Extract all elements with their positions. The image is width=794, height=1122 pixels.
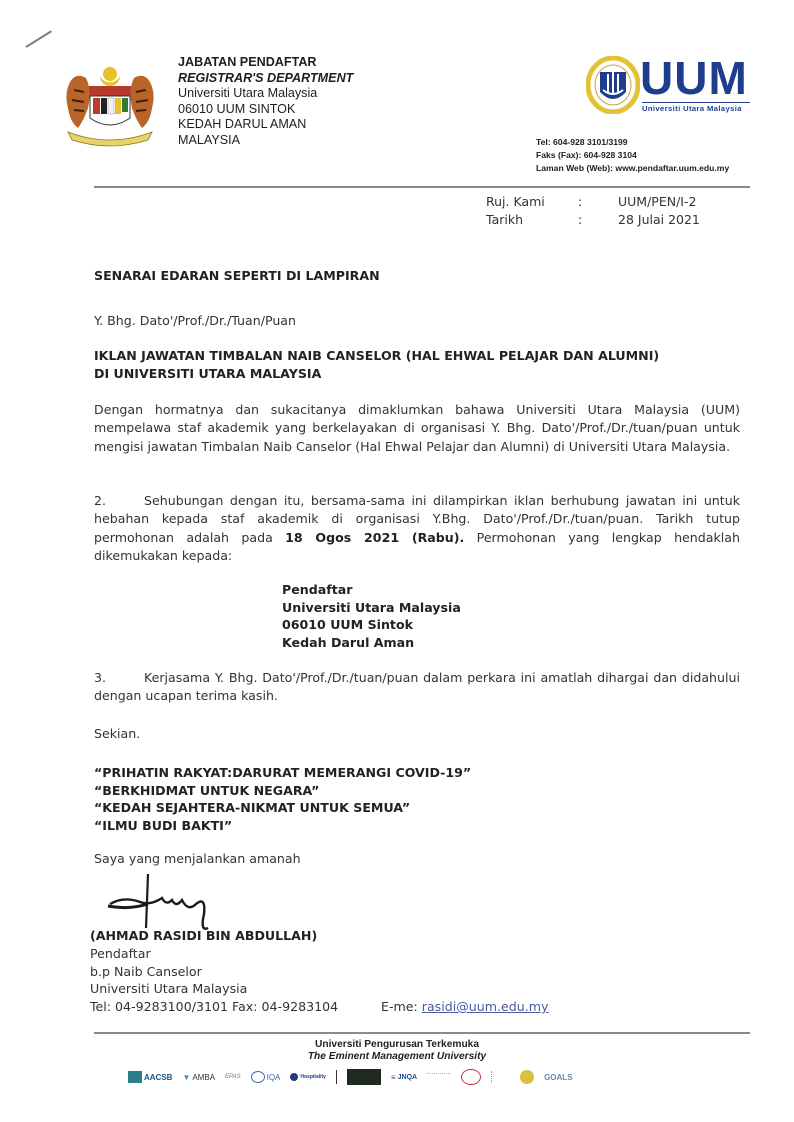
slogan: “ILMU BUDI BAKTI” <box>94 817 471 835</box>
award-logo-icon <box>520 1070 534 1084</box>
reference-row: Ruj. Kami : UUM/PEN/I-2 <box>486 193 700 211</box>
signature-icon <box>104 870 244 930</box>
paragraph-2: 2.Sehubungan dengan itu, bersama-sama in… <box>94 492 740 565</box>
department-letterhead: JABATAN PENDAFTAR REGISTRAR'S DEPARTMENT… <box>178 55 353 149</box>
signer-block: (AHMAD RASIDI BIN ABDULLAH) Pendaftar b.… <box>90 927 338 1016</box>
iqa-logo-icon: IQA <box>251 1071 281 1083</box>
application-deadline: 18 Ogos 2021 (Rabu). <box>285 530 464 545</box>
footer-divider <box>94 1032 750 1034</box>
accreditation-logo-icon <box>427 1073 451 1082</box>
uum-logo-subtext: Universiti Utara Malaysia <box>642 104 742 113</box>
signer-email: E-me: rasidi@uum.edu.my <box>381 999 549 1014</box>
address-line: Kedah Darul Aman <box>282 634 461 652</box>
paragraph-3: 3.Kerjasama Y. Bhg. Dato'/Prof./Dr./tuan… <box>94 669 740 706</box>
five-star-rating-logo-icon <box>347 1069 381 1085</box>
tagline-malay: Universiti Pengurusan Terkemuka <box>0 1039 794 1051</box>
amba-logo-icon: ▼AMBA <box>182 1073 215 1082</box>
paragraph-1: Dengan hormatnya dan sukacitanya dimaklu… <box>94 401 740 456</box>
address-line: Pendaftar <box>282 581 461 599</box>
address-line: KEDAH DARUL AMAN <box>178 117 353 133</box>
contact-web: Laman Web (Web): www.pendaftar.uum.edu.m… <box>536 162 729 175</box>
accreditation-logos: AACSB ▼AMBA EPAS IQA Hospitality ≡JNQA G… <box>128 1064 668 1090</box>
subject-line: DI UNIVERSITI UTARA MALAYSIA <box>94 365 734 383</box>
slogans: “PRIHATIN RAKYAT:DARURAT MEMERANGI COVID… <box>94 764 471 834</box>
closing: Sekian. <box>94 726 140 741</box>
email-label: E-me: <box>381 999 422 1014</box>
paragraph-number: 2. <box>94 492 144 510</box>
scan-mark <box>25 30 52 48</box>
department-name-malay: JABATAN PENDAFTAR <box>178 55 353 71</box>
footer-tagline: Universiti Pengurusan Terkemuka The Emin… <box>0 1039 794 1062</box>
institute-of-hospitality-logo-icon: Hospitality <box>290 1073 326 1081</box>
salutation: Y. Bhg. Dato'/Prof./Dr./Tuan/Puan <box>94 313 296 328</box>
signer-institution: Universiti Utara Malaysia <box>90 980 338 998</box>
email-link[interactable]: rasidi@uum.edu.my <box>422 999 549 1014</box>
distribution-line: SENARAI EDARAN SEPERTI DI LAMPIRAN <box>94 268 380 283</box>
signer-title: Pendaftar <box>90 945 338 963</box>
subject-line: IKLAN JAWATAN TIMBALAN NAIB CANSELOR (HA… <box>94 347 734 365</box>
contact-block: Tel: 604-928 3101/3199 Faks (Fax): 604-9… <box>536 136 729 175</box>
uum-logo-text: UUM <box>640 52 748 104</box>
slogan: “PRIHATIN RAKYAT:DARURAT MEMERANGI COVID… <box>94 764 471 782</box>
separator <box>336 1070 337 1084</box>
reference-block: Ruj. Kami : UUM/PEN/I-2 Tarikh : 28 Jula… <box>486 193 700 229</box>
aacsb-logo-icon: AACSB <box>128 1071 172 1083</box>
jnqa-logo-icon: ≡JNQA <box>391 1073 417 1082</box>
address-line: 06010 UUM SINTOK <box>178 102 353 118</box>
signer-name: (AHMAD RASIDI BIN ABDULLAH) <box>90 927 338 945</box>
paragraph-number: 3. <box>94 669 144 687</box>
date-separator: : <box>578 211 618 229</box>
address-line: 06010 UUM Sintok <box>282 616 461 634</box>
address-line: MALAYSIA <box>178 133 353 149</box>
tagline-english: The Eminent Management University <box>0 1051 794 1063</box>
reference-label: Ruj. Kami <box>486 193 578 211</box>
contact-tel: Tel: 604-928 3101/3199 <box>536 136 729 149</box>
sdg-goals-logo-icon: GOALS <box>544 1073 572 1082</box>
header-divider <box>94 186 750 188</box>
letter-subject: IKLAN JAWATAN TIMBALAN NAIB CANSELOR (HA… <box>94 347 734 383</box>
date-value: 28 Julai 2021 <box>618 211 700 229</box>
submission-address: Pendaftar Universiti Utara Malaysia 0601… <box>282 581 461 651</box>
accreditation-logo-icon <box>491 1071 510 1083</box>
address-line: Universiti Utara Malaysia <box>178 86 353 102</box>
myra-logo-icon <box>461 1069 481 1085</box>
address-line: Universiti Utara Malaysia <box>282 599 461 617</box>
reference-separator: : <box>578 193 618 211</box>
logo-underline <box>642 102 750 103</box>
slogan: “KEDAH SEJAHTERA-NIKMAT UNTUK SEMUA” <box>94 799 471 817</box>
date-row: Tarikh : 28 Julai 2021 <box>486 211 700 229</box>
slogan: “BERKHIDMAT UNTUK NEGARA” <box>94 782 471 800</box>
date-label: Tarikh <box>486 211 578 229</box>
department-name-english: REGISTRAR'S DEPARTMENT <box>178 71 353 87</box>
reference-value: UUM/PEN/I-2 <box>618 193 696 211</box>
malaysia-coat-of-arms-icon <box>60 62 160 148</box>
signer-on-behalf: b.p Naib Canselor <box>90 963 338 981</box>
uum-emblem-icon <box>586 56 640 114</box>
epas-logo-icon: EPAS <box>225 1074 241 1080</box>
trust-line: Saya yang menjalankan amanah <box>94 851 301 866</box>
contact-fax: Faks (Fax): 604-928 3104 <box>536 149 729 162</box>
signer-phone-fax: Tel: 04-9283100/3101 Fax: 04-9283104 <box>90 998 338 1016</box>
paragraph-text: Kerjasama Y. Bhg. Dato'/Prof./Dr./tuan/p… <box>94 670 740 703</box>
